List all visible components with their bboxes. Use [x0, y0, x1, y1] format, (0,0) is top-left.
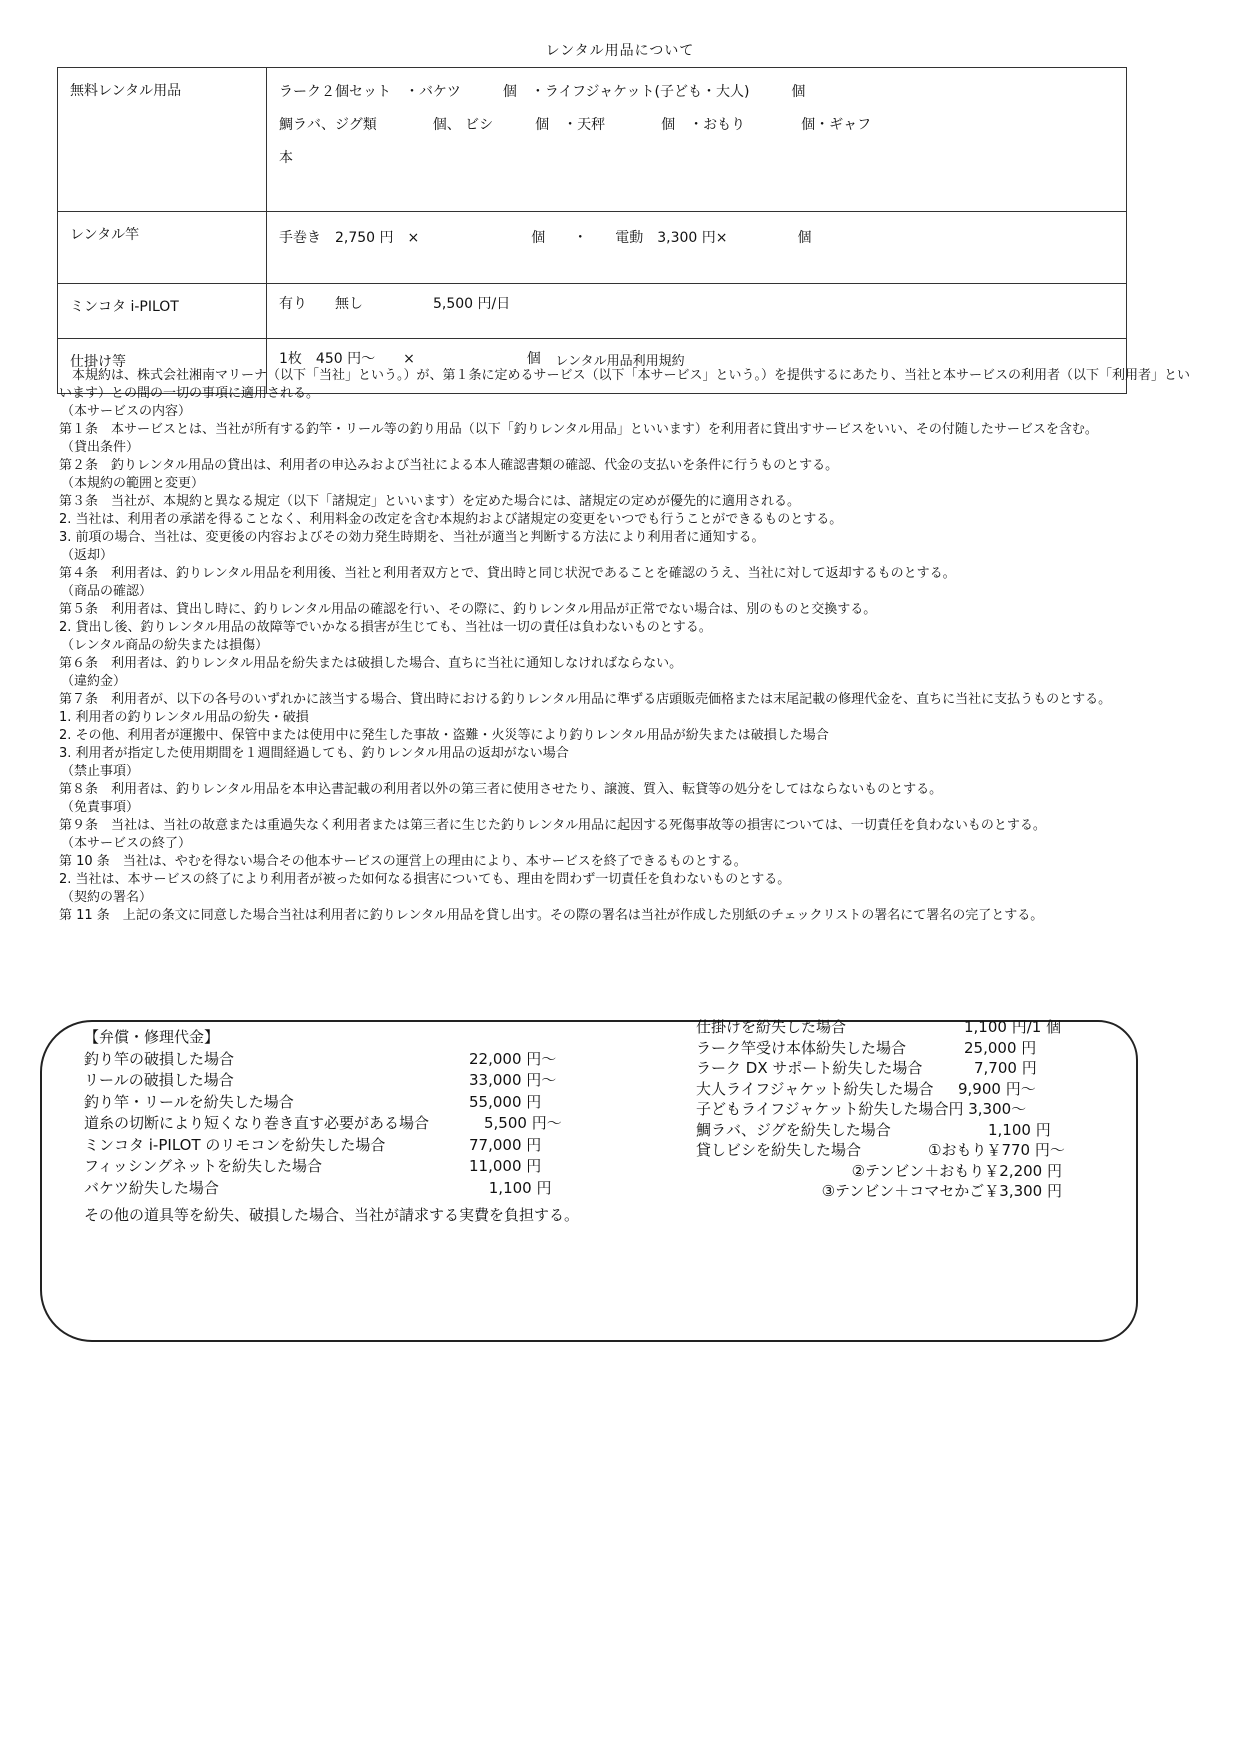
price-row: 道糸の切断により短くなり巻き直す必要がある場合 5,500 円～ — [84, 1113, 644, 1135]
price-row: 貸しビシを紛失した場合 ①おもり￥770 円～ — [696, 1140, 1136, 1161]
price-label: 仕掛けを紛失した場合 — [696, 1017, 964, 1038]
section-heading: （商品の確認） — [59, 583, 1194, 601]
article: 第３条 当社が、本規約と異なる規定（以下「諸規定」といいます）を定めた場合には、… — [59, 493, 1194, 511]
price-label: フィッシングネットを紛失した場合 — [84, 1156, 469, 1178]
row-label: レンタル竿 — [58, 212, 267, 284]
row-content: 手巻き 2,750 円 × 個 ・ 電動 3,300 円× 個 — [267, 212, 1127, 284]
price-value: 1,100 円 — [988, 1120, 1051, 1141]
article: 第８条 利用者は、釣りレンタル用品を本申込書記載の利用者以外の第三者に使用させた… — [59, 781, 1194, 799]
price-row: 大人ライフジャケット紛失した場合 9,900 円～ — [696, 1079, 1136, 1100]
price-value: 77,000 円 — [469, 1135, 541, 1157]
price-value: 22,000 円～ — [469, 1049, 556, 1071]
price-label: リールの破損した場合 — [84, 1070, 469, 1092]
content-line: 手巻き 2,750 円 × 個 ・ 電動 3,300 円× 個 — [279, 222, 1126, 255]
article: 2. 当社は、本サービスの終了により利用者が被った如何なる損害についても、理由を… — [59, 871, 1194, 889]
price-row: バケツ紛失した場合 1,100 円 — [84, 1178, 644, 1200]
article: 第７条 利用者が、以下の各号のいずれかに該当する場合、貸出時における釣りレンタル… — [59, 691, 1194, 709]
price-label: 鯛ラバ、ジグを紛失した場合 — [696, 1120, 988, 1141]
price-label: ラーク竿受け本体紛失した場合 — [696, 1038, 964, 1059]
price-row: ラーク DX サポート紛失した場合 7,700 円 — [696, 1058, 1136, 1079]
price-row: フィッシングネットを紛失した場合 11,000 円 — [84, 1156, 644, 1178]
section-heading: （返却） — [59, 547, 1194, 565]
price-label: 釣り竿の破損した場合 — [84, 1049, 469, 1071]
row-label: 無料レンタル用品 — [58, 68, 267, 212]
price-row: ラーク竿受け本体紛失した場合 25,000 円 — [696, 1038, 1136, 1059]
price-row: ミンコタ i-PILOT のリモコンを紛失した場合 77,000 円 — [84, 1135, 644, 1157]
article: 第１条 本サービスとは、当社が所有する釣竿・リール等の釣り用品（以下「釣りレンタ… — [59, 421, 1194, 439]
price-label: 釣り竿・リールを紛失した場合 — [84, 1092, 469, 1114]
price-row: リールの破損した場合 33,000 円～ — [84, 1070, 644, 1092]
terms-body: 本規約は、株式会社湘南マリーナ（以下「当社」という。）が、第１条に定めるサービス… — [59, 367, 1194, 925]
price-value: 33,000 円～ — [469, 1070, 556, 1092]
article: 2. 貸出し後、釣りレンタル用品の故障等でいかなる損害が生じても、当社は一切の責… — [59, 619, 1194, 637]
price-row: 鯛ラバ、ジグを紛失した場合 1,100 円 — [696, 1120, 1136, 1141]
rental-items-table: 無料レンタル用品 ラーク２個セット ・バケツ 個 ・ライフジャケット(子ども・大… — [57, 67, 1127, 394]
compensation-note: その他の道具等を紛失、破損した場合、当社が請求する実費を負担する。 — [84, 1205, 644, 1227]
price-value: 7,700 円 — [974, 1058, 1037, 1079]
section-heading: （本規約の範囲と変更） — [59, 475, 1194, 493]
price-value: 1,100 円/1 個 — [964, 1017, 1061, 1038]
compensation-right-column: 仕掛けを紛失した場合 1,100 円/1 個 ラーク竿受け本体紛失した場合 25… — [696, 1017, 1136, 1202]
price-row: 仕掛けを紛失した場合 1,100 円/1 個 — [696, 1017, 1136, 1038]
article: 3. 前項の場合、当社は、変更後の内容およびその効力発生時期を、当社が適当と判断… — [59, 529, 1194, 547]
content-line: 本 — [279, 142, 1126, 175]
price-value: 円 3,300～ — [948, 1099, 1026, 1120]
section-heading: （本サービスの終了） — [59, 835, 1194, 853]
price-label: ミンコタ i-PILOT のリモコンを紛失した場合 — [84, 1135, 469, 1157]
article: 第４条 利用者は、釣りレンタル用品を利用後、当社と利用者双方とで、貸出時と同じ状… — [59, 565, 1194, 583]
terms-intro: 本規約は、株式会社湘南マリーナ（以下「当社」という。）が、第１条に定めるサービス… — [59, 367, 1194, 403]
table-row-rental-rod: レンタル竿 手巻き 2,750 円 × 個 ・ 電動 3,300 円× 個 — [58, 212, 1127, 284]
price-label: 貸しビシを紛失した場合 — [696, 1140, 928, 1161]
price-label: バケツ紛失した場合 — [84, 1178, 469, 1200]
price-sub-option: ③テンビン＋コマセかご￥3,300 円 — [696, 1181, 1062, 1202]
section-heading: （違約金） — [59, 673, 1194, 691]
section-heading: （レンタル商品の紛失または損傷） — [59, 637, 1194, 655]
price-value: 11,000 円 — [469, 1156, 541, 1178]
price-label: 道糸の切断により短くなり巻き直す必要がある場合 — [84, 1113, 469, 1135]
compensation-heading: 【弁償・修理代金】 — [84, 1027, 644, 1049]
price-value: 25,000 円 — [964, 1038, 1036, 1059]
compensation-left-column: 【弁償・修理代金】 釣り竿の破損した場合 22,000 円～ リールの破損した場… — [84, 1027, 644, 1227]
row-label: ミンコタ i-PILOT — [58, 284, 267, 339]
content-line: 鯛ラバ、ジグ類 個、 ビシ 個 ・天秤 個 ・おもり 個・ギャフ — [279, 109, 1126, 142]
section-heading: （本サービスの内容） — [59, 403, 1194, 421]
article: 第 11 条 上記の条文に同意した場合当社は利用者に釣りレンタル用品を貸し出す。… — [59, 907, 1194, 925]
section-heading: （免責事項） — [59, 799, 1194, 817]
section-heading: （貸出条件） — [59, 439, 1194, 457]
price-value: 5,500 円～ — [469, 1113, 562, 1135]
article: 第６条 利用者は、釣りレンタル用品を紛失または破損した場合、直ちに当社に通知しな… — [59, 655, 1194, 673]
price-sub-option: ②テンビン＋おもり￥2,200 円 — [696, 1161, 1062, 1182]
article: 第９条 当社は、当社の故意または重過失なく利用者または第三者に生じた釣りレンタル… — [59, 817, 1194, 835]
article: 2. 当社は、利用者の承諾を得ることなく、利用料金の改定を含む本規約および諸規定… — [59, 511, 1194, 529]
page-title: レンタル用品について — [0, 40, 1240, 60]
price-value: 1,100 円 — [469, 1178, 551, 1200]
content-line: ラーク２個セット ・バケツ 個 ・ライフジャケット(子ども・大人) 個 — [279, 76, 1126, 109]
price-label: 子どもライフジャケット紛失した場合 — [696, 1099, 948, 1120]
table-row-ipilot: ミンコタ i-PILOT 有り 無し 5,500 円/日 — [58, 284, 1127, 339]
price-value: ①おもり￥770 円～ — [928, 1140, 1065, 1161]
price-value: 55,000 円 — [469, 1092, 541, 1114]
price-label: ラーク DX サポート紛失した場合 — [696, 1058, 974, 1079]
price-row: 釣り竿・リールを紛失した場合 55,000 円 — [84, 1092, 644, 1114]
table-row-free-rental: 無料レンタル用品 ラーク２個セット ・バケツ 個 ・ライフジャケット(子ども・大… — [58, 68, 1127, 212]
price-label: 大人ライフジャケット紛失した場合 — [696, 1079, 958, 1100]
article: 1. 利用者の釣りレンタル用品の紛失・破損 — [59, 709, 1194, 727]
article: 第２条 釣りレンタル用品の貸出は、利用者の申込みおよび当社による本人確認書類の確… — [59, 457, 1194, 475]
price-row: 子どもライフジャケット紛失した場合 円 3,300～ — [696, 1099, 1136, 1120]
article: 第 10 条 当社は、やむを得ない場合その他本サービスの運営上の理由により、本サ… — [59, 853, 1194, 871]
section-heading: （禁止事項） — [59, 763, 1194, 781]
row-content: ラーク２個セット ・バケツ 個 ・ライフジャケット(子ども・大人) 個 鯛ラバ、… — [267, 68, 1127, 212]
article: 第５条 利用者は、貸出し時に、釣りレンタル用品の確認を行い、その際に、釣りレンタ… — [59, 601, 1194, 619]
content-line: 有り 無し 5,500 円/日 — [279, 288, 1126, 321]
price-value: 9,900 円～ — [958, 1079, 1036, 1100]
article: 3. 利用者が指定した使用期間を１週間経過しても、釣りレンタル用品の返却がない場… — [59, 745, 1194, 763]
price-row: 釣り竿の破損した場合 22,000 円～ — [84, 1049, 644, 1071]
section-heading: （契約の署名） — [59, 889, 1194, 907]
article: 2. その他、利用者が運搬中、保管中または使用中に発生した事故・盗難・火災等によ… — [59, 727, 1194, 745]
row-content: 有り 無し 5,500 円/日 — [267, 284, 1127, 339]
